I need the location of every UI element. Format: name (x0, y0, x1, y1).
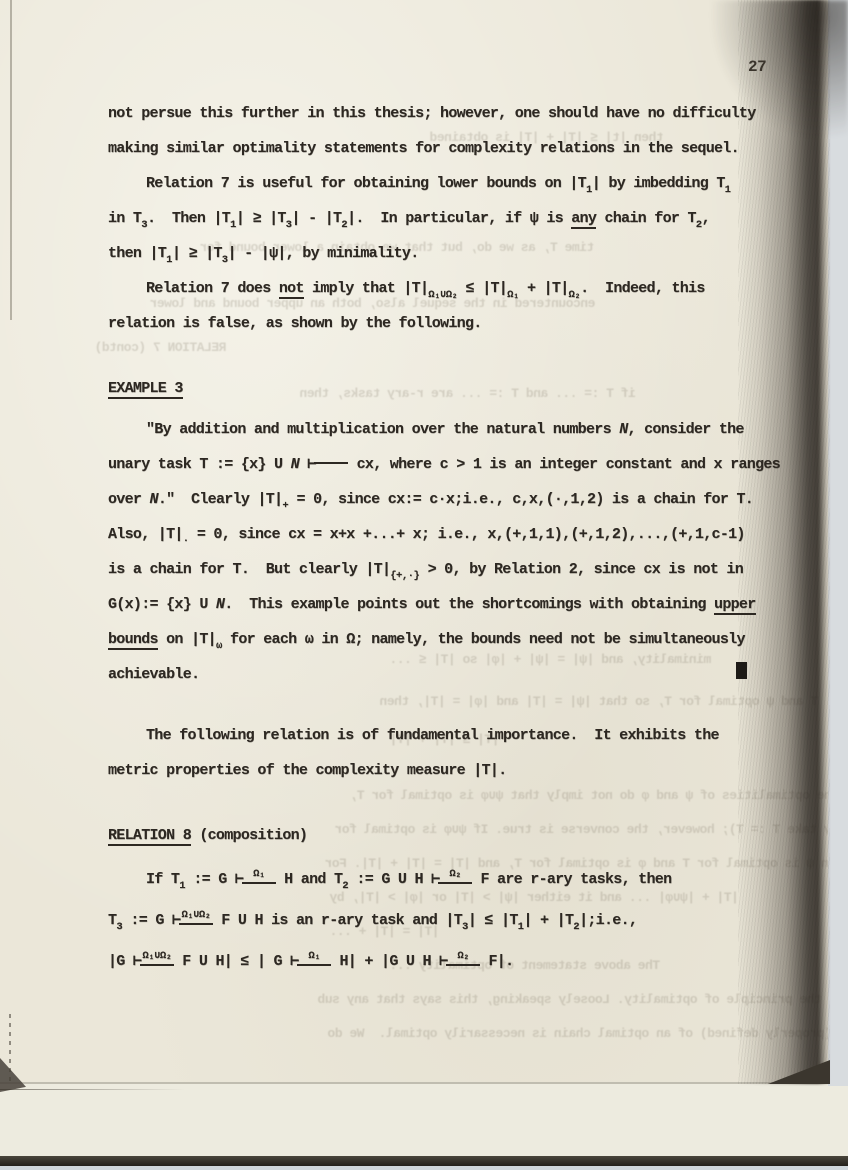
text-run: F|. (480, 953, 513, 970)
subscript: {+,·} (390, 570, 419, 582)
text-run: |. In particular, if ψ is (347, 210, 571, 227)
turnstile-arrow: ⊢Ω₁∪Ω₂ (172, 900, 213, 941)
text-line: |G ⊢Ω₁∪Ω₂ F U H| ≤ | G ⊢Ω₁ H| + |G U H ⊢… (108, 941, 770, 982)
text-run: on |T| (158, 631, 216, 648)
turnstile-label: Ω₁∪Ω₂ (181, 909, 210, 921)
text-line: relation is false, as shown by the follo… (108, 306, 770, 341)
paragraph-block: If T1 := G ⊢Ω₁ H and T2 := G U H ⊢Ω₂ F a… (108, 859, 770, 982)
text-run: | ≤ |T (468, 912, 518, 929)
underlined-text: upper (714, 596, 756, 615)
text-run: | + |T (523, 912, 573, 929)
scanned-page: then |t| ≤ |T| + |T| is obtainedtime T, … (0, 0, 848, 1170)
text-run (299, 456, 307, 473)
text-line: then |T1| ≥ |T3| - |ψ|, by minimality. (108, 236, 770, 271)
text-run: = 0, since cx = x+x +...+ x; i.e., x,(+,… (189, 526, 745, 543)
underlined-text: RELATION 8 (108, 827, 191, 846)
text-run: | - |T (291, 210, 341, 227)
text-run: Relation 7 does (146, 280, 279, 297)
italic-letter: N (216, 596, 224, 613)
italic-letter: N (619, 421, 627, 438)
text-line: Relation 7 is useful for obtaining lower… (108, 166, 770, 201)
turnstile-stem: ⊢ (439, 953, 446, 970)
text-line: G(x):= {x} U N. This example points out … (108, 587, 770, 622)
page-number: 27 (748, 58, 766, 76)
italic-letter: N (150, 491, 158, 508)
turnstile-label: Ω₂ (449, 868, 461, 880)
text-line: T3 := G ⊢Ω₁∪Ω₂ F U H is an r-ary task an… (108, 900, 770, 941)
text-run: , consider the (628, 421, 744, 438)
turnstile-bar: Ω₂ (438, 871, 472, 884)
text-run: (composition) (191, 827, 307, 844)
text-run: H| + |G U H (331, 953, 439, 970)
turnstile-stem: ⊢ (431, 871, 438, 888)
turnstile-bar: Ω₁∪Ω₂ (179, 912, 213, 925)
turnstile-stem: ⊢ (235, 871, 242, 888)
turnstile-arrow: ⊢Ω₁ (290, 941, 331, 982)
text-run: making similar optimality statements for… (108, 140, 739, 157)
text-line: "By addition and multiplication over the… (108, 412, 770, 447)
text-run: . Then |T (147, 210, 230, 227)
paragraph-block: The following relation is of fundamental… (108, 718, 770, 788)
text-run: is a chain for T. But clearly |T| (108, 561, 390, 578)
text-run: F U H| ≤ | G (174, 953, 290, 970)
text-run: Relation 7 is useful for obtaining lower… (146, 175, 586, 192)
turnstile-bar: Ω₁ (297, 953, 331, 966)
text-run: chain for T (596, 210, 696, 227)
text-line: is a chain for T. But clearly |T|{+,·} >… (108, 552, 770, 587)
text-run: | by imbedding T (592, 175, 725, 192)
text-line: over N." Clearly |T|+ = 0, since cx:= c·… (108, 482, 770, 517)
text-run: . Indeed, this (580, 280, 705, 297)
text-run: := G (122, 912, 172, 929)
text-run: over (108, 491, 150, 508)
text-run: then |T (108, 245, 166, 262)
text-run: not persue this further in this thesis; … (108, 105, 756, 122)
page-left-edge (10, 0, 12, 320)
text-run: achievable. (108, 666, 199, 683)
text-run: = 0, since cx:= c·x;i.e., c,x,(·,1,2) is… (288, 491, 753, 508)
text-line: in T3. Then |T1| ≥ |T3| - |T2|. In parti… (108, 201, 770, 236)
text-run: , (702, 210, 710, 227)
turnstile-bar: Ω₁ (242, 871, 276, 884)
text-line: EXAMPLE 3 (108, 371, 770, 406)
turnstile-arrow: ⊢Ω₁ (235, 859, 276, 900)
text-run: F U H is an r-ary task and |T (213, 912, 462, 929)
turnstile-label: Ω₂ (457, 950, 469, 962)
text-line: Also, |T|· = 0, since cx = x+x +...+ x; … (108, 517, 770, 552)
end-of-example-marker (736, 662, 747, 679)
turnstile-arrow: ⊢ (307, 447, 348, 482)
text-run: If T (146, 871, 179, 888)
text-run: F are r-ary tasks, then (472, 871, 671, 888)
text-run: cx, where c > 1 is an integer constant a… (348, 456, 780, 473)
turnstile-bar: Ω₂ (446, 953, 480, 966)
text-line: The following relation is of fundamental… (108, 718, 770, 753)
text-line: not persue this further in this thesis; … (108, 96, 770, 131)
text-run: | - |ψ|, by minimality. (228, 245, 419, 262)
turnstile-stem: ⊢ (307, 456, 314, 473)
page-bottom-edge (0, 1156, 848, 1166)
text-run: in T (108, 210, 141, 227)
turnstile-bar (314, 462, 348, 464)
text-run: := G U H (348, 871, 431, 888)
turnstile-label: Ω₁ (253, 868, 265, 880)
text-run: ." Clearly |T| (158, 491, 283, 508)
text-run: > 0, by Relation 2, since cx is not in (419, 561, 743, 578)
text-run: H and T (276, 871, 342, 888)
scan-background (828, 0, 848, 1086)
underlined-text: any (571, 210, 596, 229)
text-run: ≤ |T| (457, 280, 507, 297)
text-line: Relation 7 does not imply that |T|Ω₁∪Ω₂ … (108, 271, 770, 306)
turnstile-stem: ⊢ (172, 912, 179, 929)
underlined-text: bounds (108, 631, 158, 650)
text-run: metric properties of the complexity meas… (108, 762, 506, 779)
paragraph-block: "By addition and multiplication over the… (108, 412, 770, 692)
subscript: Ω₁ (507, 289, 519, 301)
text-line: bounds on |T|ω for each ω in Ω; namely, … (108, 622, 770, 657)
text-run: imply that |T| (304, 280, 429, 297)
text-run: . This example points out the shortcomin… (224, 596, 714, 613)
text-line: If T1 := G ⊢Ω₁ H and T2 := G U H ⊢Ω₂ F a… (108, 859, 770, 900)
text-run: Also, |T| (108, 526, 183, 543)
turnstile-arrow: ⊢Ω₂ (431, 859, 472, 900)
text-run: |;i.e., (579, 912, 637, 929)
text-run: relation is false, as shown by the follo… (108, 315, 482, 332)
text-line: metric properties of the complexity meas… (108, 753, 770, 788)
underlined-text: not (279, 280, 304, 299)
paragraph-block: not persue this further in this thesis; … (108, 96, 770, 341)
heading-block: RELATION 8 (composition) (108, 818, 770, 853)
text-run: | ≥ |T (172, 245, 222, 262)
text-run: "By addition and multiplication over the… (146, 421, 619, 438)
page-text: not persue this further in this thesis; … (108, 96, 770, 982)
turnstile-stem: ⊢ (133, 953, 140, 970)
subscript: 1 (725, 184, 731, 196)
turnstile-arrow: ⊢Ω₁∪Ω₂ (133, 941, 174, 982)
turnstile-label: Ω₁∪Ω₂ (142, 950, 171, 962)
text-line: unary task T := {x} U N ⊢ cx, where c > … (108, 447, 770, 482)
underlined-text: EXAMPLE 3 (108, 380, 183, 399)
text-run: for each ω in Ω; namely, the bounds need… (222, 631, 745, 648)
text-line: RELATION 8 (composition) (108, 818, 770, 853)
text-run: The following relation is of fundamental… (146, 727, 719, 744)
heading-block: EXAMPLE 3 (108, 371, 770, 406)
turnstile-stem: ⊢ (290, 953, 297, 970)
sheet-edge-line (0, 1089, 185, 1090)
text-run: unary task T := {x} U (108, 456, 291, 473)
subscript: Ω₁∪Ω₂ (428, 289, 457, 301)
subscript: Ω₂ (569, 289, 581, 301)
page-left-edge-specks (9, 1014, 11, 1084)
text-line: achievable. (108, 657, 770, 692)
turnstile-arrow: ⊢Ω₂ (439, 941, 480, 982)
text-run: G(x):= {x} U (108, 596, 216, 613)
underlying-sheet-edge (0, 1082, 848, 1162)
italic-letter: N (291, 456, 299, 473)
text-line: making similar optimality statements for… (108, 131, 770, 166)
turnstile-label: Ω₁ (308, 950, 320, 962)
text-run: := G (185, 871, 235, 888)
text-run: |G (108, 953, 133, 970)
text-run: + |T| (519, 280, 569, 297)
turnstile-bar: Ω₁∪Ω₂ (140, 953, 174, 966)
text-run: | ≥ |T (236, 210, 286, 227)
